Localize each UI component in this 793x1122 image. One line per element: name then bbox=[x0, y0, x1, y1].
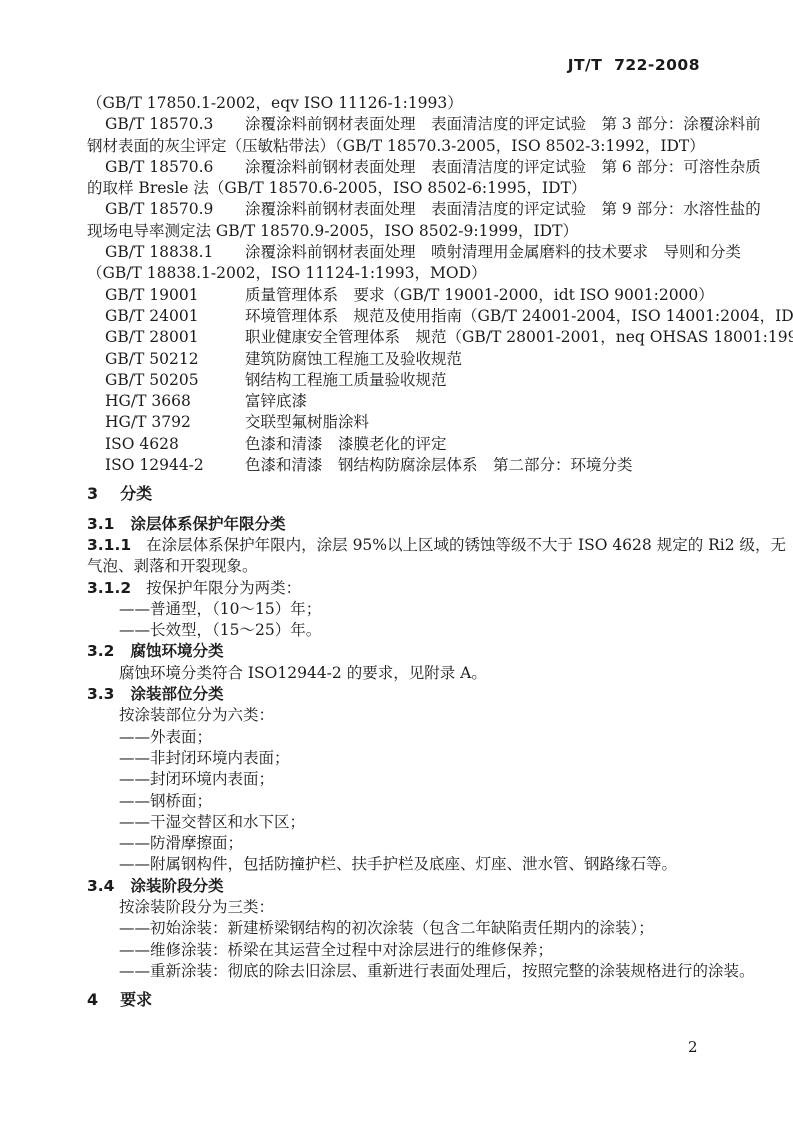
line-text: 气泡、剥落和开裂现象。 bbox=[87, 557, 258, 575]
reference-code: HG/T 3668 bbox=[105, 391, 245, 412]
dash-list-item: ——维修涂装：桥梁在其运营全过程中对涂层进行的维修保养； bbox=[87, 940, 727, 961]
reference-title: 富锌底漆 bbox=[245, 392, 307, 410]
line-text: 分类 bbox=[120, 484, 152, 503]
dash-list-item: ——长效型，（15～25）年。 bbox=[87, 620, 727, 641]
reference-entry: GB/T 18570.6涂覆涂料前钢材表面处理 表面清洁度的评定试验 第 6 部… bbox=[87, 157, 727, 178]
line-text: 涂装阶段分类 bbox=[130, 877, 223, 895]
line-text: （GB/T 17850.1-2002，eqv ISO 11126-1:1993） bbox=[87, 94, 463, 112]
line-text: 涂装部位分类 bbox=[130, 685, 223, 703]
line-text: ——钢桥面； bbox=[119, 792, 212, 810]
standard-number: JT/T 722-2008 bbox=[568, 56, 700, 74]
line-text: 腐蚀环境分类符合 ISO12944-2 的要求，见附录 A。 bbox=[119, 664, 487, 682]
subsection-heading: 3.1涂层体系保护年限分类 bbox=[87, 514, 727, 535]
reference-entry: HG/T 3668富锌底漆 bbox=[87, 391, 727, 412]
reference-entry: GB/T 24001环境管理体系 规范及使用指南（GB/T 24001-2004… bbox=[87, 306, 727, 327]
clause-number: 3.2 bbox=[87, 642, 114, 660]
reference-entry: GB/T 18838.1涂覆涂料前钢材表面处理 喷射清理用金属磨料的技术要求 导… bbox=[87, 242, 727, 263]
dash-list-item: ——非封闭环境内表面； bbox=[87, 748, 727, 769]
text-continuation-line: 现场电导率测定法 GB/T 18570.9-2005，ISO 8502-9:19… bbox=[87, 221, 727, 242]
clause-number: 3.1 bbox=[87, 515, 114, 533]
line-text: ——防滑摩擦面； bbox=[119, 834, 243, 852]
reference-code: GB/T 50205 bbox=[105, 370, 245, 391]
clause-number: 3.4 bbox=[87, 877, 114, 895]
reference-title: 钢结构工程施工质量验收规范 bbox=[245, 371, 447, 389]
line-text: 钢材表面的灰尘评定（压敏粘带法）（GB/T 18570.3-2005，ISO 8… bbox=[87, 137, 705, 155]
reference-code: HG/T 3792 bbox=[105, 412, 245, 433]
line-text: ——封闭环境内表面； bbox=[119, 770, 274, 788]
line-text: 现场电导率测定法 GB/T 18570.9-2005，ISO 8502-9:19… bbox=[87, 222, 578, 240]
line-text: ——非封闭环境内表面； bbox=[119, 749, 290, 767]
reference-title: 环境管理体系 规范及使用指南（GB/T 24001-2004，ISO 14001… bbox=[245, 307, 793, 325]
dash-list-item: ——重新涂装：彻底的除去旧涂层、重新进行表面处理后，按照完整的涂装规格进行的涂装… bbox=[87, 961, 727, 982]
clause-paragraph: 3.1.2按保护年限分为两类： bbox=[87, 578, 727, 599]
reference-code: GB/T 28001 bbox=[105, 327, 245, 348]
subsection-heading: 3.2腐蚀环境分类 bbox=[87, 641, 727, 662]
line-text: ——干湿交替区和水下区； bbox=[119, 813, 305, 831]
clause-paragraph: 3.1.1在涂层体系保护年限内，涂层 95%以上区域的锈蚀等级不大于 ISO 4… bbox=[87, 535, 727, 556]
reference-title: 质量管理体系 要求（GB/T 19001-2000，idt ISO 9001:2… bbox=[245, 286, 714, 304]
line-text: 按涂装阶段分为三类： bbox=[119, 898, 274, 916]
reference-title: 涂覆涂料前钢材表面处理 表面清洁度的评定试验 第 3 部分：涂覆涂料前 bbox=[245, 115, 761, 133]
reference-title: 建筑防腐蚀工程施工及验收规范 bbox=[245, 350, 462, 368]
line-text: 腐蚀环境分类 bbox=[130, 642, 223, 660]
line-text: ——长效型，（15～25）年。 bbox=[119, 621, 321, 639]
dash-list-item: ——防滑摩擦面； bbox=[87, 833, 727, 854]
reference-code: GB/T 50212 bbox=[105, 349, 245, 370]
subsection-heading: 3.4涂装阶段分类 bbox=[87, 876, 727, 897]
line-text: 按保护年限分为两类： bbox=[146, 579, 301, 597]
dash-list-item: ——钢桥面； bbox=[87, 791, 727, 812]
clause-number: 4 bbox=[87, 990, 98, 1009]
line-text: 的取样 Bresle 法（GB/T 18570.6-2005，ISO 8502-… bbox=[87, 179, 586, 197]
text-continuation-line: 气泡、剥落和开裂现象。 bbox=[87, 556, 727, 577]
line-text: 要求 bbox=[120, 990, 152, 1009]
dash-list-item: ——封闭环境内表面； bbox=[87, 769, 727, 790]
clause-number: 3.1.2 bbox=[87, 579, 131, 597]
reference-code: GB/T 19001 bbox=[105, 285, 245, 306]
reference-title: 涂覆涂料前钢材表面处理 喷射清理用金属磨料的技术要求 导则和分类 bbox=[245, 243, 741, 261]
reference-title: 职业健康安全管理体系 规范（GB/T 28001-2001，neq OHSAS … bbox=[245, 328, 793, 346]
dash-list-item: ——初始涂装：新建桥梁钢结构的初次涂装（包含二年缺陷责任期内的涂装）； bbox=[87, 918, 727, 939]
body-paragraph: 按涂装阶段分为三类： bbox=[87, 897, 727, 918]
line-text: ——附属钢构件，包括防撞护栏、扶手护栏及底座、灯座、泄水管、钢路缘石等。 bbox=[119, 855, 677, 873]
document-body: （GB/T 17850.1-2002，eqv ISO 11126-1:1993）… bbox=[87, 93, 727, 1019]
document-page: JT/T 722-2008 （GB/T 17850.1-2002，eqv ISO… bbox=[0, 0, 793, 1122]
reference-title: 涂覆涂料前钢材表面处理 表面清洁度的评定试验 第 9 部分：水溶性盐的 bbox=[245, 200, 761, 218]
line-text: 按涂装部位分为六类： bbox=[119, 706, 274, 724]
reference-entry: GB/T 18570.3涂覆涂料前钢材表面处理 表面清洁度的评定试验 第 3 部… bbox=[87, 114, 727, 135]
page-number: 2 bbox=[688, 1038, 698, 1056]
reference-entry: GB/T 28001职业健康安全管理体系 规范（GB/T 28001-2001，… bbox=[87, 327, 727, 348]
reference-code: GB/T 18570.3 bbox=[105, 114, 245, 135]
dash-list-item: ——外表面； bbox=[87, 727, 727, 748]
clause-number: 3.3 bbox=[87, 685, 114, 703]
reference-entry: GB/T 19001质量管理体系 要求（GB/T 19001-2000，idt … bbox=[87, 285, 727, 306]
clause-number: 3 bbox=[87, 484, 98, 503]
text-continuation-line: （GB/T 18838.1-2002，ISO 11124-1:1993，MOD） bbox=[87, 263, 727, 284]
line-text: ——普通型，（10～15）年； bbox=[119, 600, 321, 618]
reference-entry: GB/T 18570.9涂覆涂料前钢材表面处理 表面清洁度的评定试验 第 9 部… bbox=[87, 199, 727, 220]
section-heading: 3分类 bbox=[87, 483, 727, 504]
reference-code: GB/T 18570.6 bbox=[105, 157, 245, 178]
clause-number: 3.1.1 bbox=[87, 536, 131, 554]
text-continuation-line: 的取样 Bresle 法（GB/T 18570.6-2005，ISO 8502-… bbox=[87, 178, 727, 199]
reference-title: 涂覆涂料前钢材表面处理 表面清洁度的评定试验 第 6 部分：可溶性杂质 bbox=[245, 158, 761, 176]
reference-entry: GB/T 50205钢结构工程施工质量验收规范 bbox=[87, 370, 727, 391]
reference-code: ISO 4628 bbox=[105, 434, 245, 455]
reference-code: GB/T 18570.9 bbox=[105, 199, 245, 220]
line-text: 涂层体系保护年限分类 bbox=[130, 515, 285, 533]
line-text: ——外表面； bbox=[119, 728, 212, 746]
line-text: （GB/T 18838.1-2002，ISO 11124-1:1993，MOD） bbox=[87, 264, 487, 282]
body-paragraph: 腐蚀环境分类符合 ISO12944-2 的要求，见附录 A。 bbox=[87, 663, 727, 684]
reference-title: 交联型氟树脂涂料 bbox=[245, 413, 369, 431]
dash-list-item: ——普通型，（10～15）年； bbox=[87, 599, 727, 620]
reference-entry: ISO 4628色漆和清漆 漆膜老化的评定 bbox=[87, 434, 727, 455]
reference-code: GB/T 24001 bbox=[105, 306, 245, 327]
reference-title: 色漆和清漆 漆膜老化的评定 bbox=[245, 435, 447, 453]
dash-list-item: ——附属钢构件，包括防撞护栏、扶手护栏及底座、灯座、泄水管、钢路缘石等。 bbox=[87, 854, 727, 875]
line-text: ——重新涂装：彻底的除去旧涂层、重新进行表面处理后，按照完整的涂装规格进行的涂装… bbox=[119, 962, 755, 980]
line-text: ——初始涂装：新建桥梁钢结构的初次涂装（包含二年缺陷责任期内的涂装）； bbox=[119, 919, 654, 937]
reference-entry: ISO 12944-2色漆和清漆 钢结构防腐涂层体系 第二部分：环境分类 bbox=[87, 455, 727, 476]
reference-entry: GB/T 50212建筑防腐蚀工程施工及验收规范 bbox=[87, 349, 727, 370]
dash-list-item: ——干湿交替区和水下区； bbox=[87, 812, 727, 833]
reference-code: ISO 12944-2 bbox=[105, 455, 245, 476]
text-continuation-line: 钢材表面的灰尘评定（压敏粘带法）（GB/T 18570.3-2005，ISO 8… bbox=[87, 136, 727, 157]
subsection-heading: 3.3涂装部位分类 bbox=[87, 684, 727, 705]
reference-code: GB/T 18838.1 bbox=[105, 242, 245, 263]
body-paragraph: 按涂装部位分为六类： bbox=[87, 705, 727, 726]
line-text: 在涂层体系保护年限内，涂层 95%以上区域的锈蚀等级不大于 ISO 4628 规… bbox=[146, 536, 786, 554]
reference-entry: HG/T 3792交联型氟树脂涂料 bbox=[87, 412, 727, 433]
line-text: ——维修涂装：桥梁在其运营全过程中对涂层进行的维修保养； bbox=[119, 941, 553, 959]
text-continuation-line: （GB/T 17850.1-2002，eqv ISO 11126-1:1993） bbox=[87, 93, 727, 114]
section-heading: 4要求 bbox=[87, 989, 727, 1010]
reference-title: 色漆和清漆 钢结构防腐涂层体系 第二部分：环境分类 bbox=[245, 456, 633, 474]
